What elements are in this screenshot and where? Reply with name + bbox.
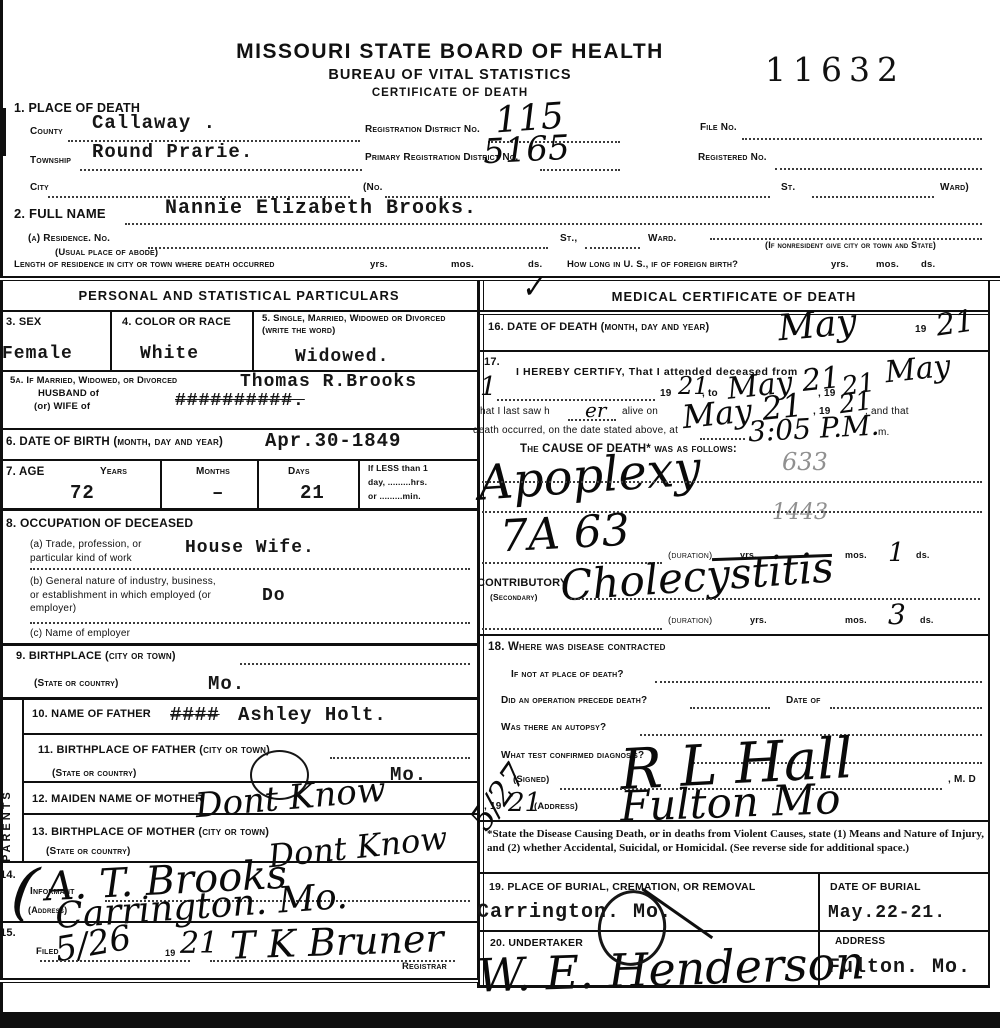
aliveon-label: alive on: [622, 406, 658, 417]
dotted-line: [482, 479, 982, 483]
physician-address-value: Fulton Mo: [619, 774, 841, 831]
md-label: , M. D: [948, 774, 976, 785]
rule: [0, 459, 478, 461]
father-name-label: 10. NAME OF FATHER: [32, 708, 151, 720]
county-label: County: [30, 126, 63, 137]
right-bottom-rule: [480, 985, 988, 988]
dotted-line: [742, 136, 982, 140]
age-days-value: 21: [300, 482, 325, 504]
residence-ward-label: Ward.: [648, 233, 676, 244]
parents-divider: [22, 697, 24, 861]
age-months-label: Months: [196, 466, 230, 477]
rule: [0, 310, 478, 312]
full-name-value: Nannie Elizabeth Brooks.: [165, 197, 477, 220]
date-of-birth-label: 6. DATE OF BIRTH (month, day and year): [6, 436, 223, 448]
signed-19-label: , 19: [484, 801, 501, 812]
primary-registration-value: 5165: [482, 128, 571, 172]
dotted-line: [80, 167, 362, 171]
m-label: m.: [878, 427, 890, 438]
husband-value: Thomas R.Brooks: [240, 372, 417, 392]
undertaker-address-value: Fulton. Mo.: [828, 956, 971, 979]
signed-address-label: (Address): [534, 801, 578, 812]
death-occurred-label: death occurred, on the date stated above…: [473, 425, 678, 436]
st-label: St.: [781, 182, 795, 193]
ward-label: Ward): [940, 182, 969, 193]
age-label: 7. AGE: [6, 466, 44, 478]
rule: [480, 872, 988, 874]
dotted-line: [125, 221, 982, 225]
certify-number: 17.: [484, 356, 500, 368]
duration-label-2: (duration): [668, 615, 712, 626]
dotted-line: [830, 705, 982, 709]
sex-label: 3. SEX: [6, 316, 41, 328]
race-value: White: [140, 344, 199, 364]
birthplace-label: 9. BIRTHPLACE (city or town): [16, 650, 176, 662]
father-name-value: Ashley Holt.: [238, 704, 387, 726]
marital-value: Widowed.: [295, 347, 389, 367]
pencil-mark-3: 7A 63: [499, 505, 631, 563]
cell-divider: [358, 459, 360, 508]
rule: [0, 643, 478, 646]
cell-divider: [257, 459, 259, 508]
scan-edge-blob: [0, 108, 6, 156]
age-years-value: 72: [70, 482, 95, 504]
main-horizontal-rule: [0, 276, 1000, 281]
duration-yrs-2: yrs.: [750, 615, 767, 625]
death-time-value: 3:05 P.M.: [747, 409, 880, 449]
page-title: MISSOURI STATE BOARD OF HEALTH: [120, 40, 780, 64]
county-value: Callaway .: [92, 112, 216, 134]
pencil-mark-1: 633: [782, 448, 828, 476]
certify-from-day: 1: [480, 372, 497, 402]
sex-value: Female: [2, 344, 73, 364]
mother-birthplace-state-label: (State or country): [46, 846, 131, 857]
certificate-number: 11632: [765, 50, 905, 89]
rule: [480, 310, 988, 315]
scan-bottom-band: [0, 1012, 1000, 1028]
city-label: City: [30, 182, 49, 193]
bureau-subtitle: BUREAU OF VITAL STATISTICS: [120, 67, 780, 83]
rule: [480, 820, 988, 822]
township-label: Township: [30, 155, 71, 166]
operation-date-label: Date of: [786, 695, 821, 706]
age-months-value: –: [212, 482, 224, 504]
no-label: (No.: [363, 182, 383, 193]
rule: [0, 697, 478, 700]
length-residence-label: Length of residence in city or town wher…: [14, 259, 275, 270]
father-birthplace-state-label: (State or country): [52, 768, 137, 779]
dotted-line: [148, 245, 548, 249]
duration-ds-2: ds.: [920, 615, 934, 625]
undertaker-address-label: ADDRESS: [835, 936, 885, 947]
registration-district-label: Registration District No.: [365, 124, 480, 135]
full-name-label: 2. FULL NAME: [14, 206, 106, 221]
occupation-a-value: House Wife.: [185, 538, 315, 558]
secondary-label: (Secondary): [490, 592, 538, 602]
mother-maiden-value: Dont Know: [194, 770, 388, 826]
dotted-line: [30, 566, 470, 570]
husband-struck-text: ##########.: [175, 391, 305, 411]
dotted-line: [775, 166, 982, 170]
occupation-c-label: (c) Name of employer: [30, 628, 130, 639]
certify-19-a: 19: [660, 388, 672, 399]
mos-label-2: mos.: [876, 259, 899, 270]
cell-divider: [110, 310, 112, 370]
occupation-label: 8. OCCUPATION OF DECEASED: [6, 516, 193, 530]
age-less-line3: or .........min.: [368, 491, 421, 501]
date-of-death-year: 21: [934, 304, 977, 344]
duration-mos-2: mos.: [845, 615, 867, 625]
filed-year-value: 21: [180, 926, 218, 961]
duration-mos-1: mos.: [845, 550, 867, 560]
registered-no-label: Registered No.: [698, 152, 767, 163]
cell-divider: [252, 310, 254, 370]
rule: [0, 428, 478, 430]
dotted-line: [690, 705, 770, 709]
date-of-burial-label: DATE OF BURIAL: [830, 881, 921, 893]
date-of-death-19: 19: [915, 324, 927, 335]
date-of-birth-value: Apr.30-1849: [265, 430, 401, 452]
personal-particulars-header: PERSONAL AND STATISTICAL PARTICULARS: [0, 288, 478, 303]
registrar-label: Registrar: [402, 961, 447, 972]
disease-contracted-label: 18. Where was disease contracted: [488, 641, 666, 653]
residence-label: (a) Residence. No.: [28, 233, 110, 244]
death-certificate-scan: MISSOURI STATE BOARD OF HEALTH BUREAU OF…: [0, 0, 1000, 1031]
contributory-label: CONTRIBUTORY: [477, 577, 567, 589]
race-label: 4. COLOR OR RACE: [122, 316, 231, 328]
abode-note: (Usual place of abode): [55, 247, 158, 258]
husband-label-line1: 5a. If Married, Widowed, or Divorced: [10, 375, 177, 386]
dotted-line: [30, 620, 470, 624]
occupation-a-label: (a) Trade, profession, or particular kin…: [30, 538, 170, 565]
duration-ds-1: ds.: [916, 550, 930, 560]
mother-birthplace-value: Dont Know: [267, 819, 450, 876]
certify-from-month: May: [883, 349, 952, 391]
dotted-line: [40, 958, 190, 962]
dotted-line: [568, 417, 616, 421]
medical-certificate-header: MEDICAL CERTIFICATE OF DEATH: [480, 289, 988, 304]
occupation-b-value: Do: [262, 586, 286, 606]
age-less-line1: If LESS than 1: [368, 463, 428, 473]
certify-19-b: , 19: [818, 388, 835, 399]
dotted-line: [240, 661, 470, 665]
mother-birthplace-label: 13. BIRTHPLACE OF MOTHER (city or town): [32, 826, 269, 838]
lastsaw-label: that I last saw h: [477, 406, 550, 417]
occupation-b-label: (b) General nature of industry, business…: [30, 575, 220, 616]
file-no-label: File No.: [700, 122, 737, 133]
age-years-label: Years: [100, 466, 127, 477]
ds-label-2: ds.: [921, 259, 935, 270]
nonresident-note: (If nonresident give city or town and St…: [765, 240, 936, 250]
rule: [22, 813, 478, 815]
certificate-subtitle: CERTIFICATE OF DEATH: [120, 87, 780, 99]
husband-label-line3: (or) WIFE of: [34, 401, 90, 412]
dotted-line: [330, 755, 470, 759]
mos-label: mos.: [451, 259, 474, 270]
left-bottom-rule: [0, 978, 478, 983]
rule: [480, 634, 988, 636]
cause-of-death-value: Apoplexy: [476, 440, 702, 511]
residence-st-label: St.,: [560, 233, 577, 244]
filed-number: 15.: [0, 927, 16, 939]
mother-maiden-label: 12. MAIDEN NAME OF MOTHER: [32, 793, 203, 805]
rule: [480, 930, 988, 932]
marital-label: 5. Single, Married, Widowed or Divorced …: [262, 313, 467, 337]
not-at-place-label: If not at place of death?: [511, 669, 624, 680]
dotted-line: [540, 167, 620, 171]
age-less-line2: day, .........hrs.: [368, 477, 427, 487]
dotted-line: [585, 245, 640, 249]
dotted-line: [482, 626, 662, 630]
birthplace-state-label: (State or country): [34, 678, 119, 689]
howlong-label: How long in U. S., if of foreign birth?: [567, 259, 738, 270]
township-value: Round Prarie.: [92, 141, 253, 163]
duration-days-1: 1: [888, 538, 905, 568]
date-of-death-label: 16. DATE OF DEATH (month, day and year): [488, 321, 709, 333]
dotted-line: [710, 236, 982, 240]
birthplace-value: Mo.: [208, 673, 245, 695]
dotted-line: [655, 679, 982, 683]
operation-label: Did an operation precede death?: [501, 695, 647, 706]
right-edge-border: [988, 281, 990, 988]
rule: [22, 733, 478, 735]
duration-days-2: 3: [888, 598, 906, 631]
autopsy-label: Was there an autopsy?: [501, 722, 606, 733]
yrs-label-2: yrs.: [831, 259, 849, 270]
father-struck-text: ####: [170, 704, 220, 726]
father-birthplace-label: 11. BIRTHPLACE OF FATHER (city or town): [38, 744, 270, 756]
age-days-label: Days: [288, 466, 310, 477]
parents-label: PARENTS: [1, 712, 13, 862]
date-of-death-value: May: [776, 302, 858, 350]
filed-19-label: 19: [165, 948, 175, 958]
dotted-line: [812, 194, 934, 198]
cell-divider: [160, 459, 162, 508]
dotted-line: [497, 397, 655, 401]
husband-label-line2: HUSBAND of: [38, 388, 99, 399]
footnote-text: *State the Disease Causing Death, or in …: [487, 827, 984, 856]
yrs-label: yrs.: [370, 259, 388, 270]
date-of-burial-value: May.22-21.: [828, 903, 946, 923]
dotted-line: [700, 436, 745, 440]
rule: [0, 508, 478, 511]
dotted-line: [570, 596, 980, 600]
